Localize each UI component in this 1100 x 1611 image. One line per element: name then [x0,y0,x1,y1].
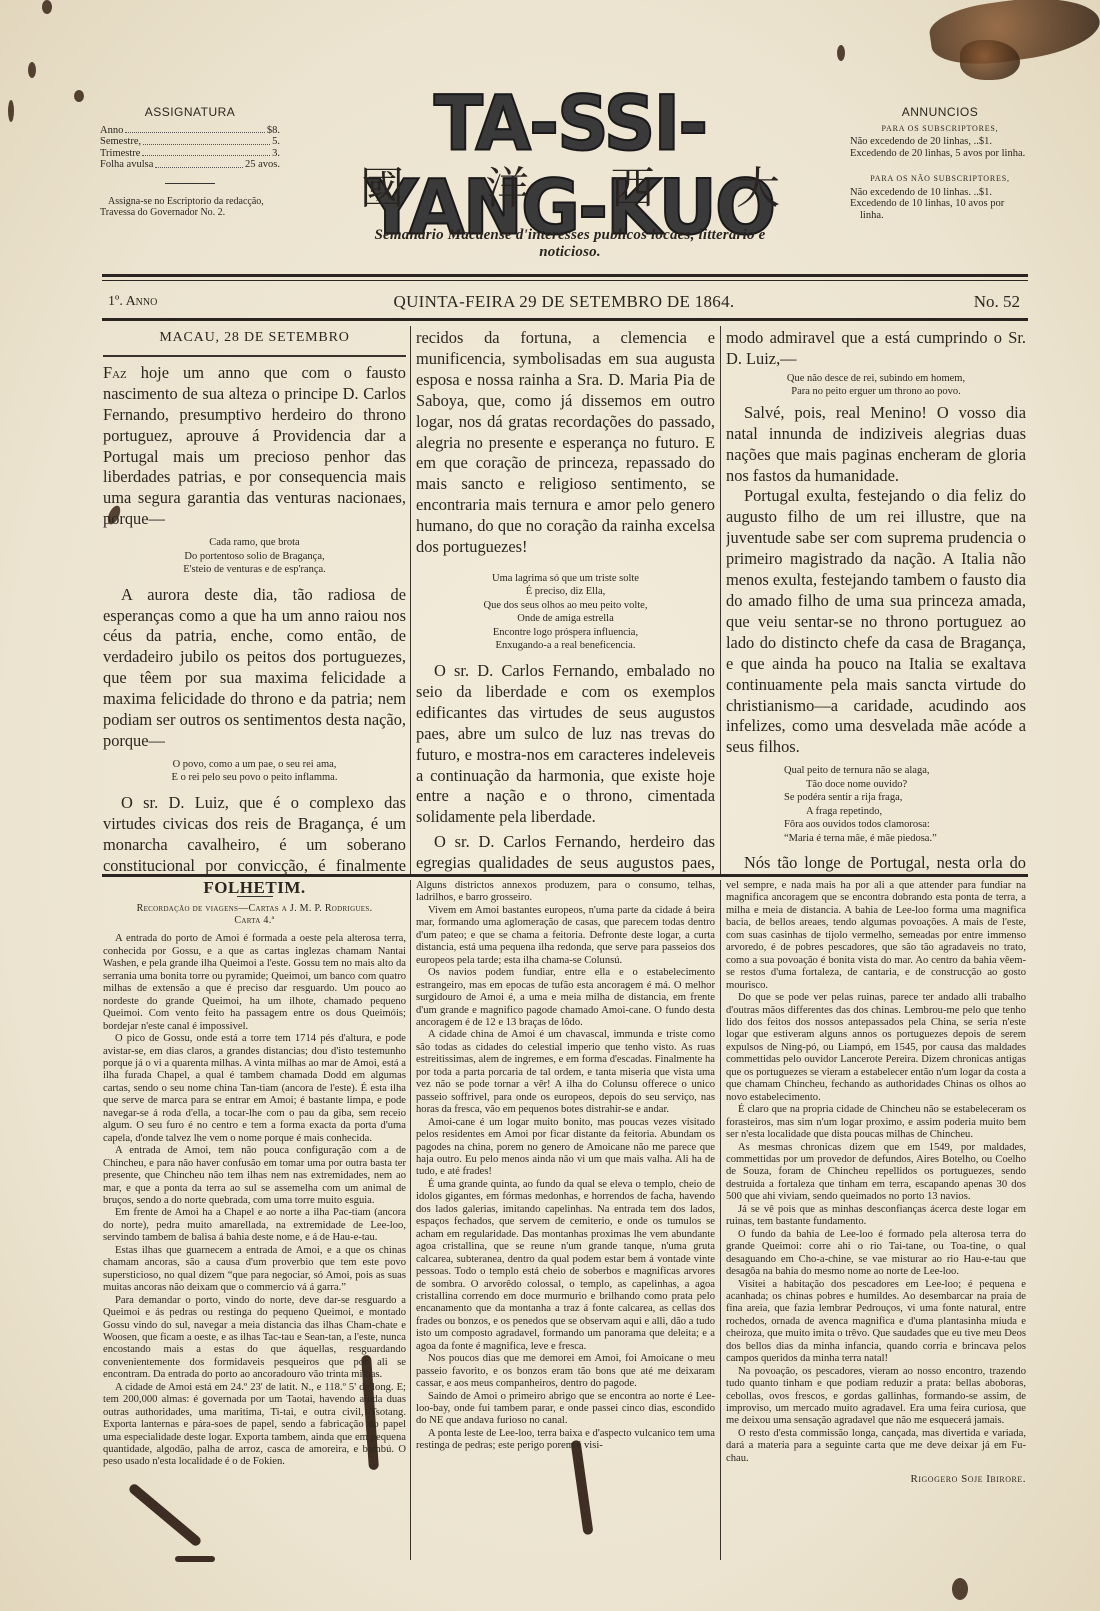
folhetim-paragraph: Na povoação, os pescadores, vieram ao no… [726,1366,1026,1428]
folhetim-column-1: FOLHETIM. Recordação de viagens—Cartas a… [103,880,406,1570]
folhetim-paragraph: Do que se pode ver pelas ruinas, parece … [726,992,1026,1104]
editorial-paragraph: O sr. D. Luiz, que é o complexo das virt… [103,793,406,876]
folhetim-heading: FOLHETIM. [103,882,406,894]
verse-line: Enxugando-a a real beneficencia. [416,639,715,653]
verse-quote: Que não desce de rei, subindo em homem, … [726,372,1026,399]
editorial-column-1: MACAU, 28 DE SETEMBRO Faz hoje um anno q… [103,328,406,876]
folhetim-paragraph: Para demandar o porto, vindo do norte, d… [103,1295,406,1382]
folhetim-paragraph: É claro que na propria cidade de Chinche… [726,1104,1026,1141]
column-rule [720,326,721,876]
subscription-row: Folha avulsa25 avos. [100,159,280,171]
folhetim-paragraph: Já se vê pois que as minhas desconfiança… [726,1204,1026,1229]
drop-cap: Faz [103,363,127,382]
editorial-paragraph: Faz hoje um anno que com o fausto nascim… [103,363,406,530]
editorial-column-2: recidos da fortuna, a clemencia e munifi… [416,328,715,876]
column-rule [410,326,411,876]
folhetim-rule [102,874,1028,877]
rate-line: Excedendo de 10 linhas, 10 avos por linh… [850,198,1030,221]
rate-label: Folha avulsa [100,159,153,171]
ink-stain-top-right-drip [960,40,1020,80]
subscription-row: Anno$8. [100,125,280,137]
verse-line: É preciso, diz Ella, [416,585,715,599]
subscription-note: Assigna-se no Escriptorio da redacção, T… [100,196,280,218]
verse-line: Que não desce de rei, subindo em homem, [726,372,1026,386]
dateline: 1º. Anno QUINTA-FEIRA 29 DE SETEMBRO DE … [108,292,1020,314]
folhetim-paragraph: Nos poucos dias que me demorei em Amoi, … [416,1353,715,1390]
folhetim-paragraph: A entrada do porto de Amoi é formada a o… [103,933,406,1033]
verse-line: Qual peito de ternura não se alaga, [784,764,1026,778]
ink-spot [837,45,845,61]
ink-spot [42,0,52,14]
chinese-char: 大 [736,165,780,213]
divider [165,183,215,184]
editorial-paragraph: O sr. D. Carlos Fernando, embalado no se… [416,661,715,828]
editorial-paragraph: Salvé, pois, real Menino! O vosso dia na… [726,403,1026,487]
ink-spot [8,100,14,122]
series-title: Recordação de viagens—Cartas a J. M. P. … [103,903,406,915]
folhetim-paragraph: A entrada de Amoi, tem não pouca configu… [103,1145,406,1207]
verse-line: Fôra aos ouvidos todos clamorosa: [784,818,1026,832]
verse-line: Se podéra sentir a rija fraga, [784,791,1026,805]
folhetim-paragraph: Alguns districtos annexos produzem, para… [416,880,715,905]
folhetim-paragraph: A cidade china de Amoi é um chavascal, i… [416,1029,715,1116]
folhetim-column-2: Alguns districtos annexos produzem, para… [416,880,715,1570]
verse-quote: Cada ramo, que brota Do portentoso solio… [103,536,406,577]
advertising-rates-box: ANNUNCIOS PARA OS SUBSCRIPTORES, Não exc… [850,107,1030,221]
verse-quote: Qual peito de ternura não se alaga, Tão … [726,764,1026,845]
editorial-paragraph: A aurora deste dia, tão radiosa de esper… [103,585,406,752]
subscription-row: Trimestre3. [100,148,280,160]
verse-quote: Uma lagrima só que um triste solte É pre… [416,572,715,653]
folhetim-paragraph: Amoi-cane é um logar muito bonito, mas p… [416,1117,715,1179]
verse-line: E o rei pelo seu povo o peito inflamma. [103,771,406,785]
folhetim-paragraph: Vivem em Amoi bastantes europeos, n'uma … [416,905,715,967]
verse-line: E'steio de venturas e de esp'rança. [103,563,406,577]
verse-line: Para no peito erguer um throno ao povo. [726,385,1026,399]
verse-line: “Maria é terna mãe, é mãe piedosa.” [784,832,1026,846]
folhetim-paragraph: O pico de Gossu, onde está a torre tem 1… [103,1033,406,1145]
subscription-heading: ASSIGNATURA [100,107,280,119]
newspaper-page: ASSIGNATURA Anno$8. Semestre,5. Trimestr… [0,0,1100,1611]
chinese-char: 西 [611,165,655,213]
column-rule [410,880,411,1560]
folhetim-paragraph: Visitei a habitação dos pescadores em Le… [726,1279,1026,1366]
verse-line: O povo, como a um pae, o seu rei ama, [103,758,406,772]
folhetim-paragraph: Saindo de Amoi o primeiro abrigo que se … [416,1391,715,1428]
verse-line: Encontre logo próspera influencia, [416,626,715,640]
rate-line: Excedendo de 20 linhas, 5 avos por linha… [850,148,1030,160]
verse-quote: O povo, como a um pae, o seu rei ama, E … [103,758,406,785]
folhetim-paragraph: vel sempre, e nada mais ha por ali a que… [726,880,1026,992]
folhetim-paragraph: A cidade de Amoi está em 24.º 23' de lat… [103,1382,406,1469]
folhetim-paragraph: Estas ilhas que guarnecem a entrada de A… [103,1245,406,1295]
letter-number: Carta 4.ª [103,915,406,927]
editorial-paragraph: modo admiravel que a está cumprindo o Sr… [726,328,1026,370]
editorial-paragraph: Nós tão longe de Portugal, nesta orla do… [726,853,1026,876]
rate-line: Não excedendo de 10 linhas. ..$1. [850,187,1030,199]
subscribers-label: PARA OS SUBSCRIPTORES, [850,123,1030,135]
newspaper-subtitle: Semanario Macaense d'interesses publicos… [345,227,795,261]
issue-number: No. 52 [974,292,1020,312]
chinese-char: 國 [360,165,404,213]
editorial-column-3: modo admiravel que a está cumprindo o Sr… [726,328,1026,876]
divider [103,355,406,357]
folhetim-paragraph: É uma grande quinta, ao fundo da qual se… [416,1179,715,1353]
rate-value: 25 avos. [245,159,280,171]
ink-spot [28,62,36,78]
chinese-title: 國 洋 西 大 [360,165,780,213]
folhetim-paragraph: Os navios podem fundiar, entre ella e o … [416,967,715,1029]
ink-spot [952,1578,968,1600]
chinese-char: 洋 [485,165,529,213]
verse-line: Cada ramo, que brota [103,536,406,550]
verse-line: Que dos seus olhos ao meu peito volte, [416,599,715,613]
folhetim-paragraph: A ponta leste de Lee-loo, terra baixa e … [416,1428,715,1453]
masthead: ASSIGNATURA Anno$8. Semestre,5. Trimestr… [100,75,1030,265]
folhetim-paragraph: O fundo da bahia de Lee-loo é formado pe… [726,1229,1026,1279]
editorial-paragraph: O sr. D. Carlos Fernando, herdeiro das e… [416,832,715,876]
non-subscribers-label: PARA OS NÃO SUBSCRIPTORES, [850,173,1030,185]
advertising-heading: ANNUNCIOS [850,107,1030,119]
editorial-paragraph: Portugal exulta, festejando o dia feliz … [726,486,1026,758]
author-signature: Rigogero Soje Ibirore. [726,1473,1026,1485]
subscription-row: Semestre,5. [100,136,280,148]
folhetim-paragraph: O resto d'esta commissão longa, cançada,… [726,1428,1026,1465]
verse-line: Uma lagrima só que um triste solte [416,572,715,586]
rate-label: Semestre, [100,136,141,148]
folhetim-paragraph: Em frente de Amoi ha a Chapel e ao norte… [103,1207,406,1244]
subscription-box: ASSIGNATURA Anno$8. Semestre,5. Trimestr… [100,107,280,218]
verse-line: Do portentoso solio de Bragança, [103,550,406,564]
dateline-rule [102,318,1028,321]
editorial-heading: MACAU, 28 DE SETEMBRO [103,328,406,349]
verse-line: Tão doce nome ouvido? [784,778,1026,792]
paragraph-text: hoje um anno que com o fausto nascimento… [103,363,406,528]
masthead-rule-thin [102,280,1028,281]
rate-label: Anno [100,125,123,137]
issue-date: QUINTA-FEIRA 29 DE SETEMBRO DE 1864. [108,292,1020,312]
rate-value: $8. [267,125,280,137]
masthead-rule [102,274,1028,277]
folhetim-column-3: vel sempre, e nada mais ha por ali a que… [726,880,1026,1570]
rate-line: Não excedendo de 20 linhas, ..$1. [850,136,1030,148]
rate-value: 3. [272,148,280,160]
folhetim-paragraph: As mesmas chronicas dizem que em 1549, p… [726,1142,1026,1204]
ink-spot [74,90,84,102]
verse-line: A fraga repetindo, [784,805,1026,819]
folhetim-subheading: Recordação de viagens—Cartas a J. M. P. … [103,903,406,927]
verse-line: Onde de amiga estrella [416,612,715,626]
editorial-paragraph: recidos da fortuna, a clemencia e munifi… [416,328,715,558]
rate-value: 5. [272,136,280,148]
rate-label: Trimestre [100,148,140,160]
column-rule [720,880,721,1560]
